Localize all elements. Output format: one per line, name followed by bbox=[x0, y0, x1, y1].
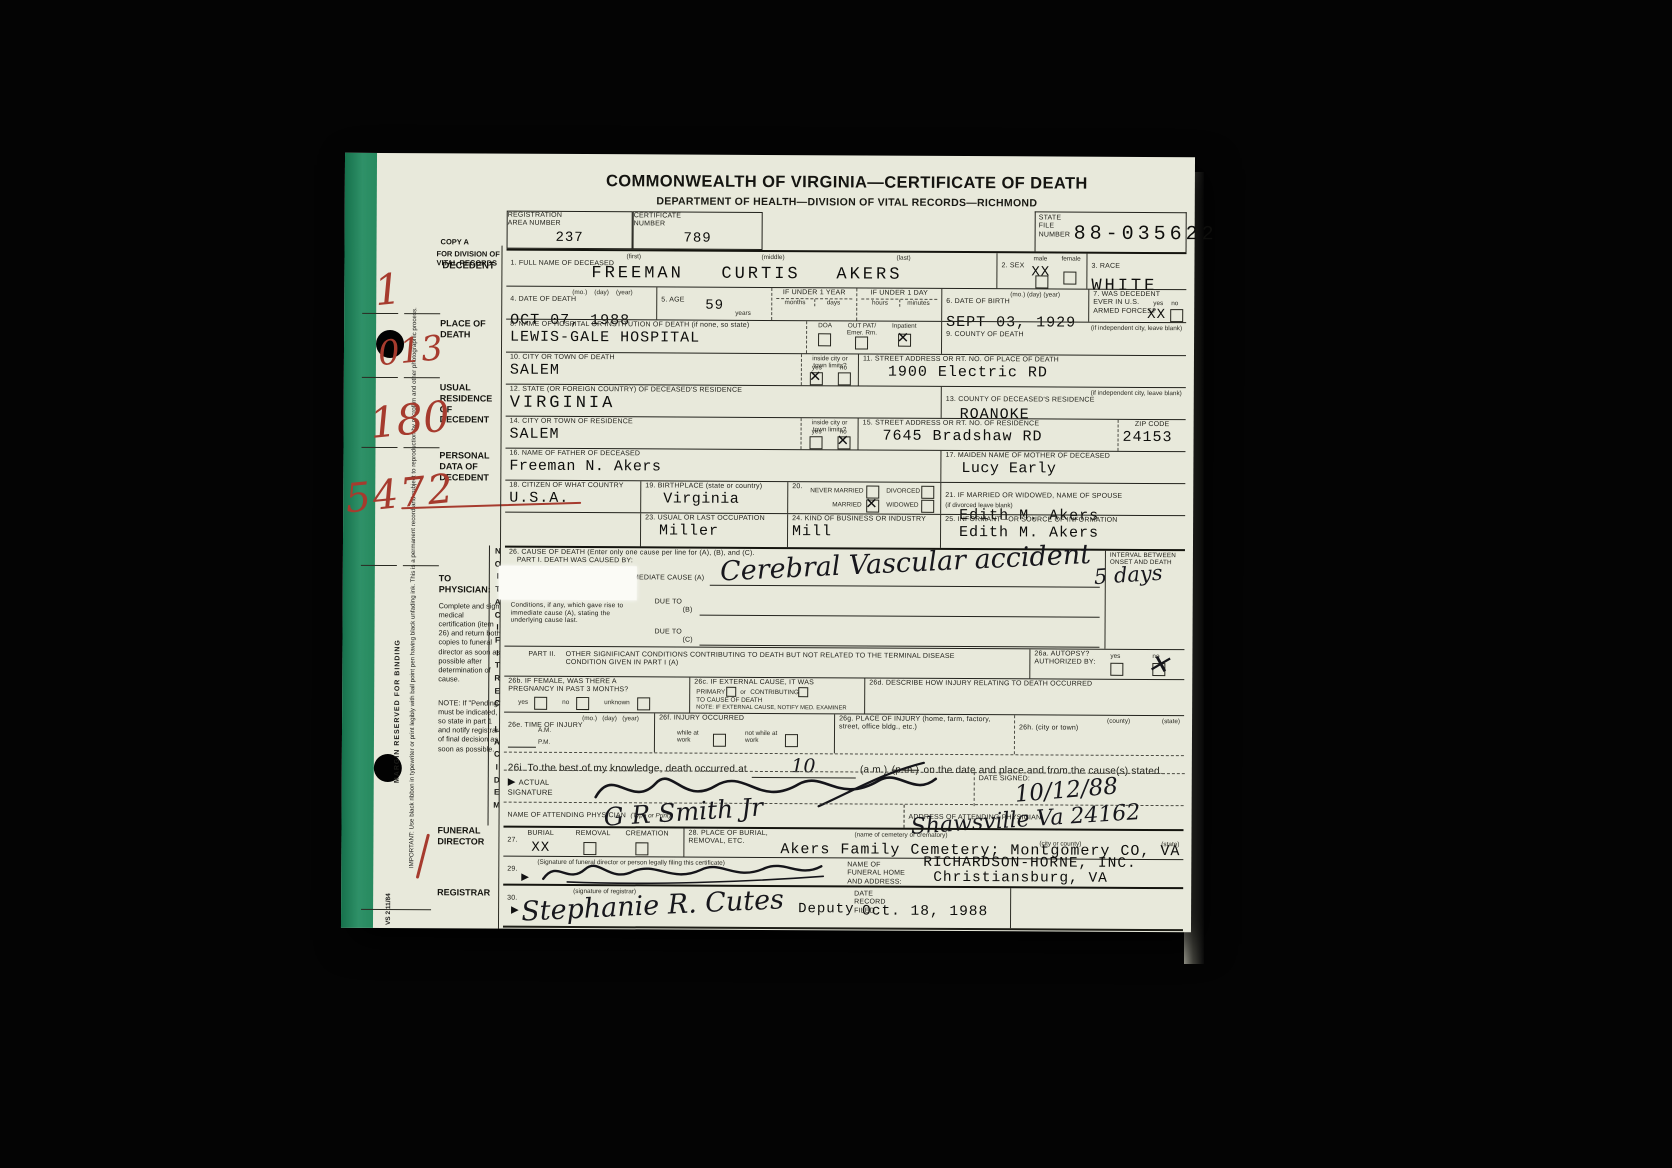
row-city-of-death: 10. CITY OR TOWN OF DEATH SALEM inside c… bbox=[506, 352, 1186, 388]
injury-city-label: 26h. (city or town) bbox=[1019, 724, 1078, 731]
burial-hint: BURIAL bbox=[527, 830, 554, 838]
section-decedent: DECEDENT bbox=[442, 260, 494, 272]
row-burial: 27. BURIAL REMOVAL CREMATION XX 28. PLAC… bbox=[503, 826, 1183, 860]
field-street-of-residence: 15. STREET ADDRESS OR RT. NO. OF RESIDEN… bbox=[857, 418, 1117, 450]
field-father-name: 16. NAME OF FATHER OF DECEASED Freeman N… bbox=[505, 449, 940, 482]
red-annotation-place: 013 bbox=[376, 328, 445, 374]
outpatient-hint: OUT PAT/ Emer. Rm. bbox=[846, 322, 878, 336]
field-injury-location: 26h. (city or town) (county) (state) bbox=[1014, 715, 1184, 755]
conditions-note: Conditions, if any, which gave rise to i… bbox=[511, 602, 641, 626]
checkbox-inpatient-checked bbox=[898, 334, 911, 347]
months-hint: months bbox=[776, 299, 814, 306]
field-time-of-injury: 26e. TIME OF INJURY (mo.) (day) (year) A… bbox=[504, 713, 654, 753]
field-marital-status: 20. NEVER MARRIED DIVORCED MARRIED WIDOW… bbox=[787, 482, 940, 514]
field-registrar-signature: 30. (signature of registrar) Stephanie R… bbox=[503, 886, 848, 928]
widowed-hint: WIDOWED bbox=[886, 502, 918, 509]
street-residence-value: 7645 Bradshaw RD bbox=[883, 428, 1114, 446]
spouse-label: 21. IF MARRIED OR WIDOWED, NAME OF SPOUS… bbox=[945, 492, 1122, 500]
checkbox-sex-male bbox=[1035, 275, 1048, 288]
field-date-of-death: 4. DATE OF DEATH (mo.) (day) (year) OCT … bbox=[506, 287, 656, 320]
race-label: 3. RACE bbox=[1091, 263, 1120, 270]
place-of-injury-label: 26g. PLACE OF INJURY (home, farm, factor… bbox=[839, 715, 1010, 732]
armed-forces-yes-mark: XX bbox=[1147, 307, 1166, 323]
registrar-signature-handwritten: Stephanie R. Cutes bbox=[521, 884, 785, 927]
field-city-limits-residence: inside city or town limits? yes no bbox=[800, 418, 857, 449]
field-physician-name: NAME OF ATTENDING PHYSICIAN (Type or Pri… bbox=[504, 803, 904, 828]
name-last-value: AKERS bbox=[836, 265, 902, 284]
checkbox-widowed bbox=[921, 500, 934, 513]
funeral-home-city: Christiansburg, VA bbox=[933, 870, 1108, 887]
pregnancy-unknown-hint: unknown bbox=[604, 699, 630, 706]
father-value: Freeman N. Akers bbox=[509, 458, 936, 477]
field-armed-forces: 7. WAS DECEDENT EVER IN U.S. ARMED FORCE… bbox=[1088, 290, 1186, 323]
field-hospital: 8. NAME OF HOSPITAL OR INSTITUTION OF DE… bbox=[506, 320, 806, 354]
street-of-death-value: 1900 Electric RD bbox=[888, 364, 1182, 383]
checkbox-married-checked bbox=[866, 500, 879, 513]
state-file-number-box: STATE FILE NUMBER 88-035622 bbox=[1035, 211, 1187, 252]
funeral-home-label: NAME OF FUNERAL HOME AND ADDRESS: bbox=[847, 861, 913, 886]
checkbox-cremation bbox=[635, 842, 648, 855]
section-registrar: REGISTRAR bbox=[437, 887, 490, 898]
hint-last: (last) bbox=[896, 255, 910, 262]
cremation-hint: CREMATION bbox=[625, 830, 668, 838]
field-certifier-statement: 26i. To the best of my knowledge, death … bbox=[504, 753, 1184, 806]
to-cause-hint: TO CAUSE OF DEATH bbox=[696, 697, 762, 704]
hospital-value: LEWIS-GALE HOSPITAL bbox=[510, 329, 802, 348]
checkbox-sex-female bbox=[1063, 272, 1076, 285]
registrar-empty-cell bbox=[1010, 888, 1183, 929]
limits2-yes-hint: yes bbox=[812, 428, 822, 435]
margin-important-vertical-text: IMPORTANT: Use black ribbon in typewrite… bbox=[407, 293, 432, 868]
city-residence-value: SALEM bbox=[510, 426, 797, 445]
header: COMMONWEALTH OF VIRGINIA—CERTIFICATE OF … bbox=[507, 172, 1187, 211]
field-city-limits-death: inside city or town limits? yes no bbox=[801, 354, 858, 385]
field-external-cause: 26c. IF EXTERNAL CAUSE, IT WAS PRIMARY o… bbox=[689, 678, 864, 714]
field-place-of-injury: 26g. PLACE OF INJURY (home, farm, factor… bbox=[834, 714, 1014, 754]
burial-mark: XX bbox=[531, 840, 550, 856]
checkbox-contributing bbox=[798, 687, 808, 697]
row-name-sex-race: 1. FULL NAME OF DECEASED (first) (middle… bbox=[506, 249, 1186, 290]
part2-number: PART II. bbox=[528, 651, 555, 675]
field-birthplace: 19. BIRTHPLACE (state or country) Virgin… bbox=[640, 481, 787, 513]
citizen-value: U.S.A. bbox=[509, 490, 636, 508]
injury-county-hint: (county) bbox=[1107, 718, 1130, 725]
checkbox-limits2-no-checked bbox=[837, 436, 850, 449]
date-signed-area: DATE SIGNED: 10/12/88 bbox=[974, 772, 1185, 807]
section-funeral-director: FUNERAL DIRECTOR bbox=[437, 825, 497, 847]
external-cause-note: NOTE: IF EXTERNAL CAUSE, NOTIFY MED. EXA… bbox=[696, 705, 846, 712]
checkbox-while-at-work bbox=[713, 734, 726, 747]
minutes-hint: minutes bbox=[899, 300, 938, 307]
field-burial-type: 27. BURIAL REMOVAL CREMATION XX bbox=[503, 828, 683, 857]
injury-state-hint: (state) bbox=[1162, 718, 1180, 725]
part2-text: OTHER SIGNIFICANT CONDITIONS CONTRIBUTIN… bbox=[566, 651, 986, 677]
field-funeral-signature: 29. (Signature of funeral director or pe… bbox=[503, 857, 843, 886]
field-zip-code: ZIP CODE 24153 bbox=[1117, 420, 1185, 451]
county-of-death-label: 9. COUNTY OF DEATH bbox=[946, 331, 1024, 338]
time-of-injury-hint: (mo.) (day) (year) bbox=[582, 715, 639, 722]
age-unit: years bbox=[735, 310, 751, 317]
external-cause-label: 26c. IF EXTERNAL CAUSE, IT WAS bbox=[694, 679, 860, 688]
checkbox-removal bbox=[583, 842, 596, 855]
field-state-of-residence: 12. STATE (OR FOREIGN COUNTRY) OF DECEAS… bbox=[506, 385, 941, 418]
age-value: 59 bbox=[705, 298, 724, 314]
margin-binding-vertical-text: MARGIN RESERVED FOR BINDING bbox=[394, 483, 403, 783]
red-annotation-residence: 180 bbox=[367, 391, 452, 448]
hours-hint: hours bbox=[861, 300, 899, 307]
checkbox-pregnancy-unknown bbox=[637, 697, 650, 710]
checkbox-armed-forces-no bbox=[1170, 309, 1183, 322]
field-death-status: DOA OUT PAT/ Emer. Rm. Inpatient bbox=[806, 321, 941, 354]
field-part2: PART II. OTHER SIGNIFICANT CONDITIONS CO… bbox=[504, 647, 1029, 679]
checkbox-pregnancy-no bbox=[576, 697, 589, 710]
sex-label: 2. SEX bbox=[1001, 262, 1024, 269]
field-pregnancy: 26b. IF FEMALE, WAS THERE A PREGNANCY IN… bbox=[504, 677, 689, 713]
hint-first: (first) bbox=[626, 253, 641, 260]
registration-label: REGISTRATION AREA NUMBER bbox=[508, 212, 568, 229]
injury-description-label: 26d. DESCRIBE HOW INJURY RELATING TO DEA… bbox=[869, 680, 1180, 690]
checkbox-pregnancy-yes bbox=[534, 697, 547, 710]
state-file-value: 88-035622 bbox=[1074, 223, 1218, 247]
field-street-of-death: 11. STREET ADDRESS OR RT. NO. OF PLACE O… bbox=[858, 354, 1186, 387]
cemetery-hint: (name of cemetery or crematory) bbox=[854, 831, 947, 838]
state-residence-value: VIRGINIA bbox=[510, 394, 937, 415]
county-residence-hint: (if independent city, leave blank) bbox=[1091, 390, 1182, 397]
field-autopsy: 26a. AUTOPSY? AUTHORIZED BY: yes no bbox=[1029, 649, 1184, 679]
death-certificate-document: MARGIN RESERVED FOR BINDING IMPORTANT: U… bbox=[341, 153, 1195, 932]
checkbox-autopsy-no-checked bbox=[1152, 663, 1165, 676]
field-county-of-death: 9. COUNTY OF DEATH (if independent city,… bbox=[941, 322, 1186, 355]
date-of-birth-label: 6. DATE OF BIRTH bbox=[946, 298, 1010, 305]
form-number-vertical-text: VS 2 11/84 bbox=[385, 875, 392, 925]
interval-handwritten-value: 5 days bbox=[1093, 561, 1163, 589]
pm-hint: P.M. bbox=[538, 739, 550, 746]
row-parents: 16. NAME OF FATHER OF DECEASED Freeman N… bbox=[505, 448, 1185, 484]
checkbox-autopsy-yes bbox=[1110, 663, 1123, 676]
doa-hint: DOA bbox=[818, 322, 832, 329]
checkbox-doa bbox=[818, 333, 831, 346]
field-date-record-filed: Deputy DATE RECORD FILED Oct. 18, 1988 bbox=[848, 887, 1010, 928]
redaction-box bbox=[499, 566, 637, 601]
actual-signature-label: ACTUAL SIGNATURE bbox=[508, 777, 560, 798]
field-date-of-birth: 6. DATE OF BIRTH (mo.) (day) (year) SEPT… bbox=[941, 289, 1088, 322]
autopsy-label: 26a. AUTOPSY? AUTHORIZED BY: bbox=[1034, 650, 1096, 667]
field-physician-address: ADDRESS OF ATTENDING PHYSICIAN Shawsvill… bbox=[904, 805, 1184, 829]
field-county-of-residence: 13. COUNTY OF DECEASED'S RESIDENCE (if i… bbox=[941, 387, 1186, 419]
c-label: (C) bbox=[682, 637, 692, 645]
age-label: 5. AGE bbox=[661, 296, 684, 303]
funeral-director-signature bbox=[537, 859, 827, 887]
field-citizen: 18. CITIZEN OF WHAT COUNTRY U.S.A. bbox=[505, 481, 640, 513]
under-1-year-label: IF UNDER 1 YEAR bbox=[776, 289, 852, 298]
row-funeral-signature: 29. (Signature of funeral director or pe… bbox=[503, 856, 1183, 888]
certificate-subtitle: DEPARTMENT OF HEALTH—DIVISION OF VITAL R… bbox=[507, 195, 1187, 211]
primary-hint: PRIMARY bbox=[696, 689, 725, 696]
pregnancy-label: 26b. IF FEMALE, WAS THERE A PREGNANCY IN… bbox=[508, 678, 658, 695]
hint-middle: (middle) bbox=[761, 254, 784, 261]
field-spouse: 21. IF MARRIED OR WIDOWED, NAME OF SPOUS… bbox=[940, 483, 1185, 515]
red-annotation-decedent: 1 bbox=[372, 264, 403, 315]
contributing-hint: CONTRIBUTING bbox=[750, 689, 799, 696]
place-of-burial-label: 28. PLACE OF BURIAL, REMOVAL, ETC. bbox=[688, 830, 778, 847]
married-hint: MARRIED bbox=[832, 501, 862, 508]
registration-value: 237 bbox=[508, 229, 632, 246]
row-citizen-marital: 18. CITIZEN OF WHAT COUNTRY U.S.A. 19. B… bbox=[505, 480, 1185, 516]
sex-female-hint: female bbox=[1061, 256, 1080, 263]
field-redacted bbox=[505, 513, 640, 547]
marital-number: 20. bbox=[792, 483, 802, 490]
am-hint: A.M. bbox=[538, 727, 551, 734]
row-death-date-age: 4. DATE OF DEATH (mo.) (day) (year) OCT … bbox=[506, 286, 1186, 323]
field-industry: 24. KIND OF BUSINESS OR INDUSTRY Mill bbox=[787, 514, 940, 548]
date-of-birth-hint: (mo.) (day) (year) bbox=[1010, 291, 1060, 298]
county-residence-label: 13. COUNTY OF DECEASED'S RESIDENCE bbox=[946, 396, 1095, 404]
date-of-death-hint: (mo.) (day) (year) bbox=[572, 289, 632, 296]
date-filed-value: Oct. 18, 1988 bbox=[862, 903, 988, 920]
field-if-under-1-day: IF UNDER 1 DAY hours minutes bbox=[856, 288, 941, 320]
row-part2-autopsy: PART II. OTHER SIGNIFICANT CONDITIONS CO… bbox=[504, 646, 1184, 680]
field-interval-onset-death: INTERVAL BETWEEN ONSET AND DEATH 5 days bbox=[1104, 551, 1185, 649]
county-of-death-hint: (if independent city, leave blank) bbox=[1091, 325, 1182, 332]
row-26bcd: 26b. IF FEMALE, WAS THERE A PREGNANCY IN… bbox=[504, 676, 1184, 716]
field-sex: 2. SEX male female XX bbox=[996, 253, 1086, 288]
red-annotation-personal: 5472 bbox=[343, 466, 457, 523]
due-to-c-label: DUE TO bbox=[655, 628, 682, 636]
injury-occurred-label: 26f. INJURY OCCURRED bbox=[659, 714, 830, 723]
certificate-number-label: CERTIFICATE NUMBER bbox=[634, 212, 694, 229]
name-middle-value: CURTIS bbox=[721, 265, 800, 284]
checkbox-primary bbox=[726, 687, 736, 697]
armed-forces-yes-hint: yes bbox=[1153, 300, 1163, 307]
section-place-of-death: PLACE OF DEATH bbox=[440, 318, 500, 340]
mother-value: Lucy Early bbox=[961, 460, 1181, 478]
field-if-under-1-year: IF UNDER 1 YEAR months days bbox=[771, 288, 856, 320]
registrar-deputy: Deputy bbox=[798, 901, 855, 917]
pregnancy-yes-hint: yes bbox=[518, 699, 528, 706]
sex-male-hint: male bbox=[1033, 255, 1047, 262]
funeral-sig-number: 29. bbox=[507, 866, 517, 873]
name-first-value: FREEMAN bbox=[591, 264, 684, 283]
due-to-b-label: DUE TO bbox=[655, 598, 682, 606]
field-city-of-residence: 14. CITY OR TOWN OF RESIDENCE SALEM bbox=[505, 417, 800, 450]
checkbox-limits-yes-checked bbox=[810, 372, 823, 385]
funeral-signature-arrow-icon bbox=[521, 867, 532, 885]
under-1-day-label: IF UNDER 1 DAY bbox=[861, 289, 937, 298]
limits-no-hint: no bbox=[840, 364, 847, 371]
checkbox-divorced bbox=[921, 486, 934, 499]
row-26efgh: 26e. TIME OF INJURY (mo.) (day) (year) A… bbox=[504, 712, 1184, 756]
never-married-hint: NEVER MARRIED bbox=[810, 487, 863, 494]
zip-label: ZIP CODE bbox=[1123, 421, 1182, 430]
while-at-work-hint: while at work bbox=[677, 730, 707, 744]
checkbox-limits-no bbox=[838, 372, 851, 385]
certificate-title: COMMONWEALTH OF VIRGINIA—CERTIFICATE OF … bbox=[507, 172, 1187, 195]
days-hint: days bbox=[814, 299, 853, 306]
field-how-injury-occurred: 26d. DESCRIBE HOW INJURY RELATING TO DEA… bbox=[864, 679, 1184, 716]
field-age: 5. AGE 59 years bbox=[656, 287, 771, 320]
field-injury-occurred: 26f. INJURY OCCURRED while at work not w… bbox=[654, 713, 834, 753]
or-hint: or bbox=[740, 689, 746, 696]
row-city-residence: 14. CITY OR TOWN OF RESIDENCE SALEM insi… bbox=[505, 416, 1185, 452]
row-registrar: 30. (signature of registrar) Stephanie R… bbox=[503, 884, 1183, 930]
autopsy-yes-hint: yes bbox=[1110, 653, 1120, 660]
row-hospital: 8. NAME OF HOSPITAL OR INSTITUTION OF DE… bbox=[506, 319, 1186, 356]
zip-value: 24153 bbox=[1123, 429, 1182, 446]
removal-hint: REMOVAL bbox=[575, 830, 610, 838]
occupation-value: Miller bbox=[659, 523, 783, 541]
file-number-row: REGISTRATION AREA NUMBER 237 CERTIFICATE… bbox=[507, 209, 1187, 253]
burial-number: 27. bbox=[507, 837, 517, 844]
registration-area-number-box: REGISTRATION AREA NUMBER 237 bbox=[507, 211, 633, 250]
pregnancy-no-hint: no bbox=[562, 699, 569, 706]
birthplace-value: Virginia bbox=[663, 491, 783, 509]
armed-forces-no-hint: no bbox=[1171, 300, 1178, 307]
field-mother-name: 17. MAIDEN NAME OF MOTHER OF DECEASED Lu… bbox=[940, 451, 1185, 483]
b-label: (B) bbox=[683, 607, 693, 615]
divorced-hint: DIVORCED bbox=[886, 488, 920, 495]
field-city-of-death: 10. CITY OR TOWN OF DEATH SALEM bbox=[506, 353, 801, 386]
not-while-at-work-hint: not while at work bbox=[745, 730, 779, 744]
field-funeral-home: NAME OF FUNERAL HOME AND ADDRESS: RICHAR… bbox=[843, 858, 1183, 887]
industry-value: Mill bbox=[792, 523, 936, 541]
row-state-residence: 12. STATE (OR FOREIGN COUNTRY) OF DECEAS… bbox=[506, 384, 1186, 420]
checkbox-limits2-yes bbox=[809, 436, 822, 449]
row-certifier-statement: 26i. To the best of my knowledge, death … bbox=[504, 752, 1184, 806]
checkbox-not-while-at-work bbox=[785, 734, 798, 747]
copy-label: COPY A bbox=[441, 237, 469, 246]
field-full-name: 1. FULL NAME OF DECEASED (first) (middle… bbox=[506, 251, 996, 289]
city-of-death-value: SALEM bbox=[510, 362, 797, 381]
date-of-death-label: 4. DATE OF DEATH bbox=[510, 296, 576, 303]
row-physician: NAME OF ATTENDING PHYSICIAN (Type or Pri… bbox=[504, 802, 1184, 830]
field-occupation: 23. USUAL OR LAST OCCUPATION Miller bbox=[640, 513, 787, 547]
certificate-number-value: 789 bbox=[634, 230, 762, 247]
checkbox-outpatient bbox=[855, 336, 868, 349]
field-race: 3. RACE WHITE bbox=[1086, 254, 1186, 290]
certificate-number-box: CERTIFICATE NUMBER 789 bbox=[633, 211, 763, 250]
